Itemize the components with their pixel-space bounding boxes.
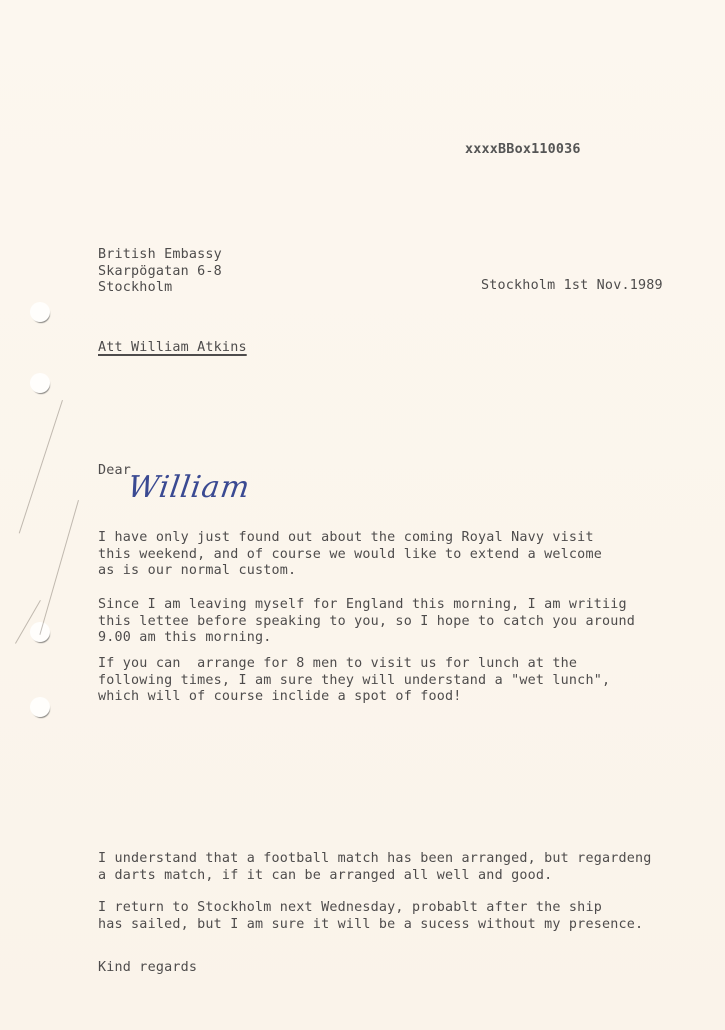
sender-address: British Embassy Skarpögatan 6-8 Stockhol…	[98, 247, 222, 297]
punch-hole	[30, 302, 50, 322]
paragraph: Since I am leaving myself for England th…	[98, 597, 635, 647]
address-line: Stockholm	[98, 280, 172, 295]
letter-page: xxxxBBox110036 British Embassy Skarpögat…	[0, 0, 725, 1030]
paragraph: I return to Stockholm next Wednesday, pr…	[98, 900, 643, 933]
date-line: Stockholm 1st Nov.1989	[481, 278, 663, 295]
punch-hole	[30, 697, 50, 717]
closing: Kind regards	[98, 960, 197, 977]
attention-line: Att William Atkins	[98, 340, 247, 357]
punch-hole	[30, 373, 50, 393]
paragraph: I understand that a football match has b…	[98, 851, 652, 884]
pencil-mark	[19, 400, 63, 533]
paragraph: I have only just found out about the com…	[98, 530, 602, 580]
address-line: British Embassy	[98, 247, 222, 262]
address-line: Skarpögatan 6-8	[98, 264, 222, 279]
paragraph: If you can arrange for 8 men to visit us…	[98, 656, 610, 706]
salutation: Dear	[98, 463, 131, 480]
reference-number: xxxxBBox110036	[465, 142, 581, 159]
handwritten-name: William	[126, 470, 253, 505]
pencil-mark	[39, 500, 79, 635]
